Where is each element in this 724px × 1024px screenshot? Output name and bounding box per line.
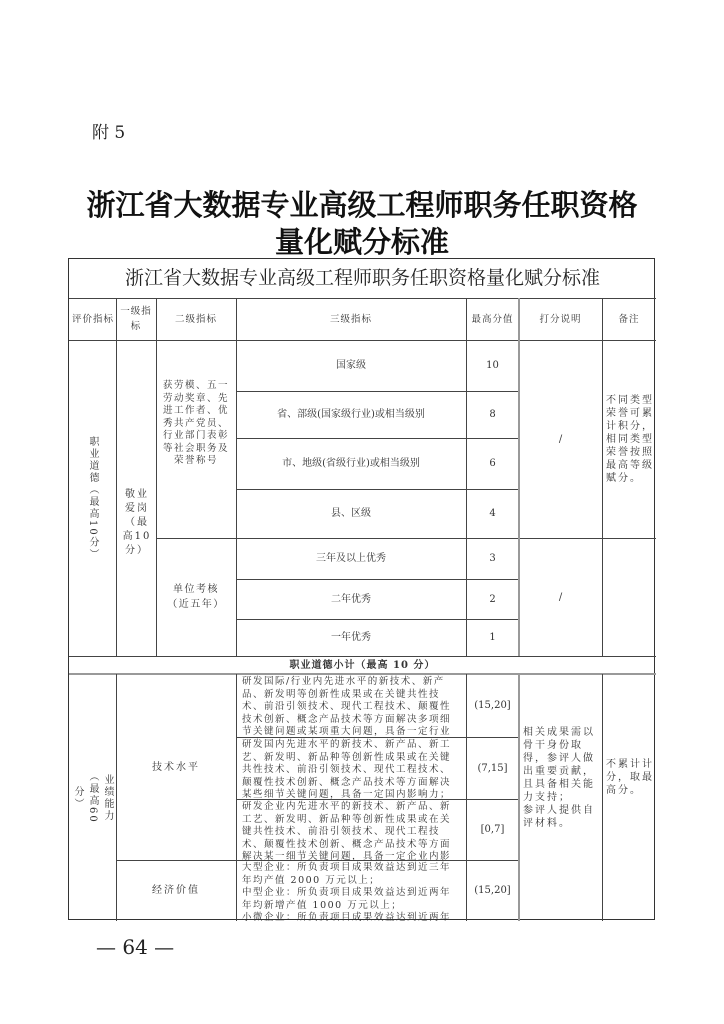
level3-provincial: 省、部级(国家级行业)或相当级别 [236, 391, 466, 438]
level3-national: 国家级 [236, 340, 466, 391]
appendix-label: 附 5 [92, 118, 125, 143]
level3-tech-enterprise: 研发企业内先进水平的新技术、新产品、新工艺、新发明、新品种等创新性成果或在关键共… [236, 799, 466, 860]
header-max-score: 最高分值 [466, 298, 519, 340]
evaluation-index-ethics: 职业道德（最高10分） [69, 340, 116, 656]
score-three-years: 3 [466, 538, 519, 579]
ethics-subtotal: 职业道德小计（最高 10 分） [69, 656, 656, 674]
divider [116, 298, 117, 656]
scoring-note-performance-text: 相关成果需以骨干身份取得，参评人做出重要贡献，且具备相关能力支持； 参评人提供自… [523, 726, 599, 830]
evaluation-index-performance: 业绩能力（最高60分） [69, 674, 116, 921]
header-level1: 一级指标 [119, 298, 153, 340]
document-title-line1: 浙江省大数据专业高级工程师职务任职资格 [0, 186, 724, 224]
level3-economic-value: 大型企业：所负责项目成果效益达到近三年年均产值 2000 万元以上； 中型企业：… [236, 860, 466, 921]
level1-economic: 经济价值 [116, 860, 236, 921]
table-title: 浙江省大数据专业高级工程师职务任职资格量化赋分标准 [69, 259, 656, 298]
scoring-note-honors: / [519, 340, 602, 538]
level3-tech-international: 研发国际/行业内先进水平的新技术、新产品、新发明等创新性成果或在关键共性技术、前… [236, 674, 466, 737]
level3-municipal: 市、地级(省级行业)或相当级别 [236, 438, 466, 489]
score-one-year: 1 [466, 619, 519, 656]
scoring-table: 浙江省大数据专业高级工程师职务任职资格量化赋分标准 评价指标 一级指标 二级指标… [68, 258, 655, 920]
score-two-years: 2 [466, 579, 519, 619]
document-title-line2: 量化赋分标准 [0, 223, 724, 261]
evaluation-index-ethics-text: 职业道德（最高10分） [85, 436, 100, 561]
level1-dedication-text: 敬业爱岗（最高10分） [121, 488, 153, 558]
score-tech-enterprise: [0,7] [466, 799, 519, 860]
header-scoring-note: 打分说明 [519, 298, 602, 340]
score-tech-international: (15,20] [466, 674, 519, 737]
evaluation-index-performance-text: 业绩能力（最高60分） [70, 766, 115, 830]
level3-tech-domestic: 研发国内先进水平的新技术、新产品、新工艺、新发明、新品种等创新性成果或在关键共性… [236, 737, 466, 799]
level3-one-year: 一年优秀 [236, 619, 466, 656]
page-number: — 64 — [96, 935, 174, 959]
header-level2: 二级指标 [156, 298, 236, 340]
header-remark: 备注 [602, 298, 656, 340]
header-level3: 三级指标 [236, 298, 466, 340]
score-county: 4 [466, 489, 519, 538]
divider [602, 674, 603, 921]
level2-unit-assessment-text: 单位考核（近五年） [165, 582, 227, 612]
remark-performance: 不累计计分，取最高分。 [606, 674, 654, 921]
header-evaluation-index: 评价指标 [71, 298, 115, 340]
score-national: 10 [466, 340, 519, 391]
level3-county: 县、区级 [236, 489, 466, 538]
level1-dedication: 敬业爱岗（最高10分） [121, 340, 153, 656]
scoring-note-assessment: / [519, 538, 602, 656]
scoring-note-performance: 相关成果需以骨干身份取得，参评人做出重要贡献，且具备相关能力支持； 参评人提供自… [523, 674, 599, 921]
level2-unit-assessment: 单位考核（近五年） [156, 538, 236, 656]
level2-honors: 获劳模、五一劳动奖章、先进工作者、优秀共产党员、行业部门表彰等社会职务及荣誉称号 [160, 340, 232, 538]
remark-honors: 不同类型荣誉可累计积分，相同类型荣誉按照最高等级赋分。 [606, 340, 654, 538]
score-tech-domestic: (7,15] [466, 737, 519, 799]
remark-performance-text: 不累计计分，取最高分。 [606, 758, 654, 797]
score-municipal: 6 [466, 438, 519, 489]
score-provincial: 8 [466, 391, 519, 438]
level3-two-years: 二年优秀 [236, 579, 466, 619]
remark-assessment [602, 538, 656, 656]
level3-three-years: 三年及以上优秀 [236, 538, 466, 579]
score-economic-value: (15,20] [466, 860, 519, 921]
level2-honors-text: 获劳模、五一劳动奖章、先进工作者、优秀共产党员、行业部门表彰等社会职务及荣誉称号 [160, 380, 232, 468]
level1-technical: 技术水平 [116, 674, 236, 860]
remark-honors-text: 不同类型荣誉可累计积分，相同类型荣誉按照最高等级赋分。 [606, 394, 654, 485]
